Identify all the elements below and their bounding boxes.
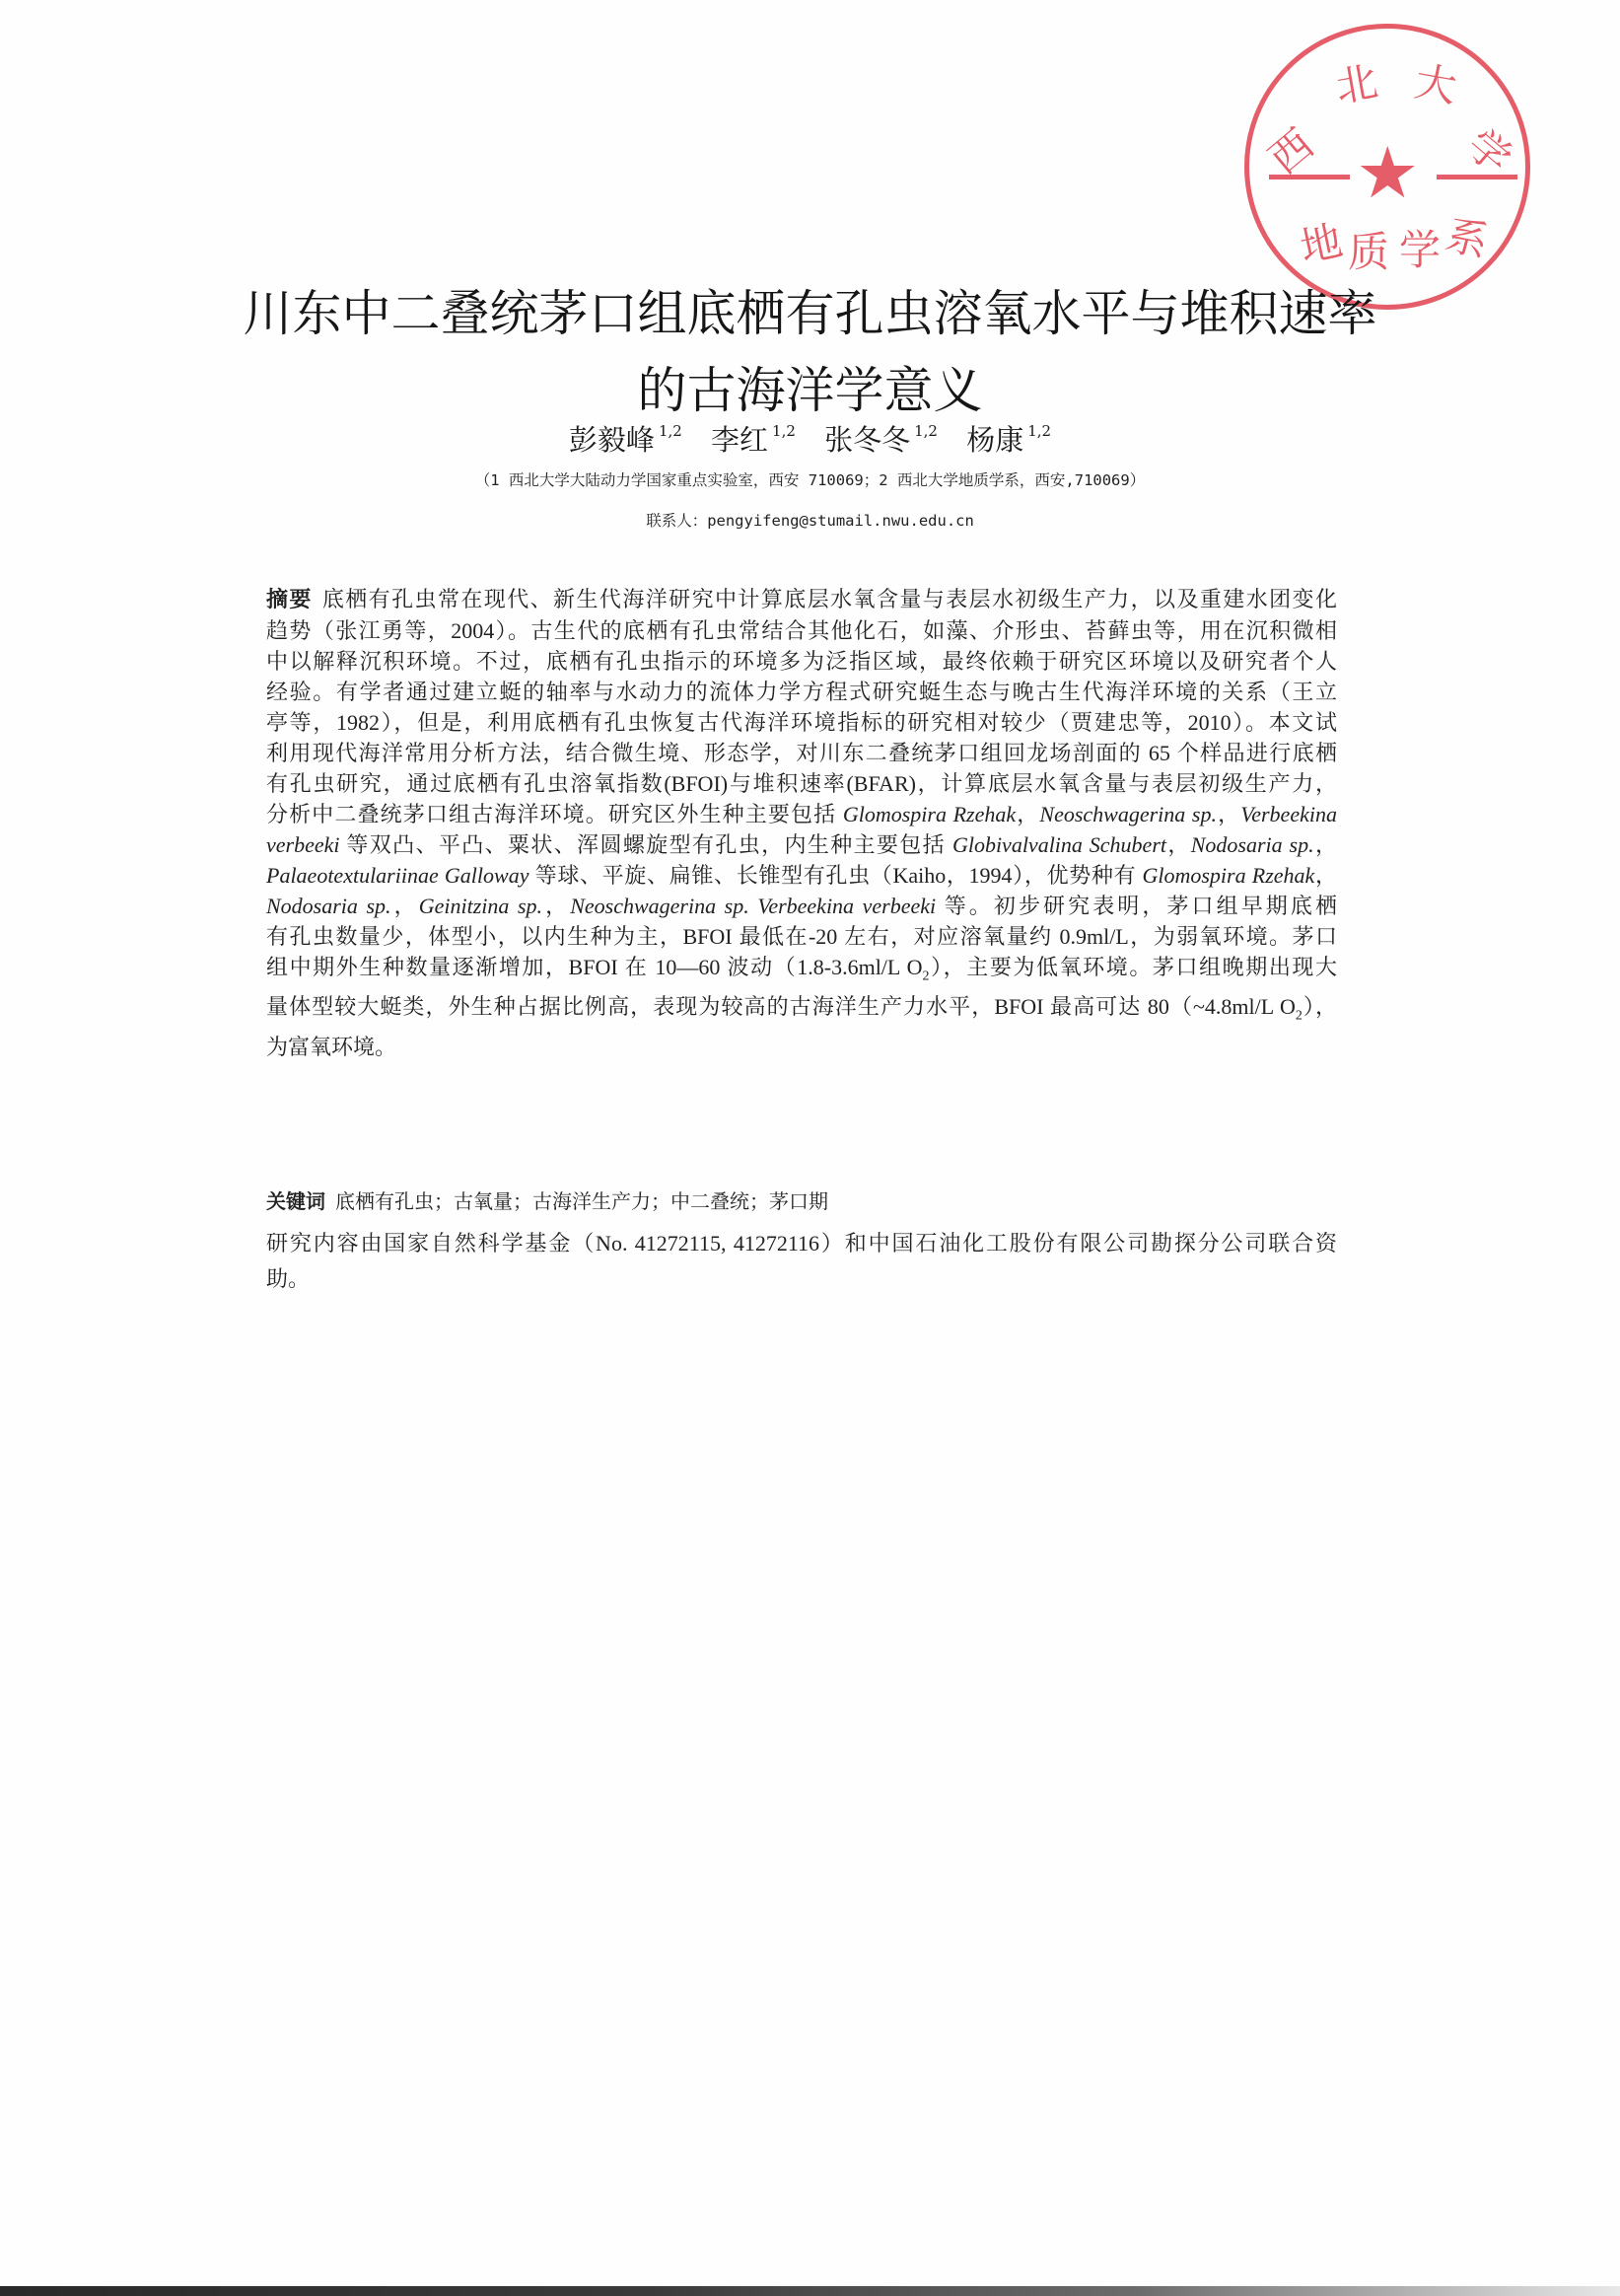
keywords-text: 底栖有孔虫；古氧量；古海洋生产力；中二叠统；茅口期 (335, 1189, 828, 1213)
stamp-char: 地 (1297, 220, 1346, 269)
abstract-line: verbeeki 等双凸、平凸、粟状、浑圆螺旋型有孔虫，内生种主要包括 Glob… (266, 829, 1337, 860)
stamp-char: 质 (1348, 232, 1389, 273)
stamp-bar-right (1437, 175, 1517, 179)
star-icon: ★ (1356, 137, 1420, 208)
stamp-char: 西 (1262, 122, 1320, 180)
abstract-line: 经验。有学者通过建立蜓的轴率与水动力的流体力学方程式研究蜓生态与晚古生代海洋环境… (266, 677, 1337, 707)
abstract-line: 中以解释沉积环境。不过，底栖有孔虫指示的环境多为泛指区域，最终依赖于研究区环境以… (266, 646, 1337, 677)
keywords: 关键词底栖有孔虫；古氧量；古海洋生产力；中二叠统；茅口期 (266, 1185, 1337, 1214)
funding-line: 助。 (266, 1261, 1337, 1297)
abstract-line: 趋势（张江勇等，2004）。古生代的底栖有孔虫常结合其他化石，如藻、介形虫、苔藓… (266, 615, 1337, 646)
abstract-line: 摘要底栖有孔虫常在现代、新生代海洋研究中计算底层水氧含量与表层水初级生产力，以及… (266, 584, 1337, 615)
stamp-char: 学 (1459, 122, 1517, 180)
author: 李红1,2 (711, 423, 796, 457)
abstract-line: 有孔虫研究，通过底栖有孔虫溶氧指数(BFOI)与堆积速率(BFAR)，计算底层水… (266, 768, 1337, 799)
abstract-line: 分析中二叠统茅口组古海洋环境。研究区外生种主要包括 Glomospira Rze… (266, 799, 1337, 829)
stamp-char: 系 (1442, 213, 1492, 263)
official-seal-stamp: 北 大 西 学 ★ 地 质 学 系 (1244, 24, 1530, 310)
abstract-line: 量体型较大蜓类，外生种占据比例高，表现为较高的古海洋生产力水平，BFOI 最高可… (266, 991, 1337, 1031)
scan-bottom-edge (0, 2286, 1620, 2296)
paper-title-line-2: 的古海洋学意义 (0, 351, 1620, 422)
stamp-char: 大 (1412, 61, 1460, 109)
author: 杨康1,2 (966, 423, 1051, 457)
abstract-line: 亭等，1982），但是，利用底栖有孔虫恢复古代海洋环境指标的研究相对较少（贾建忠… (266, 707, 1337, 738)
abstract-line: 为富氧环境。 (266, 1032, 1337, 1062)
author: 彭毅峰1,2 (569, 423, 682, 457)
abstract-label: 摘要 (266, 588, 313, 612)
funding-line: 研究内容由国家自然科学基金（No. 41272115, 41272116）和中国… (266, 1226, 1337, 1261)
abstract-line: 利用现代海洋常用分析方法，结合微生境、形态学，对川东二叠统茅口组回龙场剖面的 6… (266, 738, 1337, 768)
contact-email: 联系人：pengyifeng@stumail.nwu.edu.cn (0, 509, 1620, 531)
stamp-bar-left (1269, 175, 1350, 179)
keywords-label: 关键词 (266, 1189, 325, 1213)
paper-title-line-1: 川东中二叠统茅口组底栖有孔虫溶氧水平与堆积速率 (0, 274, 1620, 345)
abstract-line: 有孔虫数量少，体型小，以内生种为主，BFOI 最低在-20 左右，对应溶氧量约 … (266, 921, 1337, 952)
abstract-line: Palaeotextulariinae Galloway 等球、平旋、扁锥、长锥… (266, 860, 1337, 891)
abstract: 摘要底栖有孔虫常在现代、新生代海洋研究中计算底层水氧含量与表层水初级生产力，以及… (266, 584, 1337, 1062)
stamp-char: 学 (1399, 230, 1441, 271)
stamp-char: 北 (1333, 61, 1381, 109)
affiliation: （1 西北大学大陆动力学国家重点实验室，西安 710069；2 西北大学地质学系… (0, 468, 1620, 490)
author: 张冬冬1,2 (824, 423, 938, 457)
funding-note: 研究内容由国家自然科学基金（No. 41272115, 41272116）和中国… (266, 1226, 1337, 1297)
author-list: 彭毅峰1,2 李红1,2 张冬冬1,2 杨康1,2 (0, 418, 1620, 459)
abstract-line: 组中期外生种数量逐渐增加，BFOI 在 10—60 波动（1.8-3.6ml/L… (266, 952, 1337, 991)
abstract-line: Nodosaria sp.，Geinitzina sp.，Neoschwager… (266, 891, 1337, 921)
